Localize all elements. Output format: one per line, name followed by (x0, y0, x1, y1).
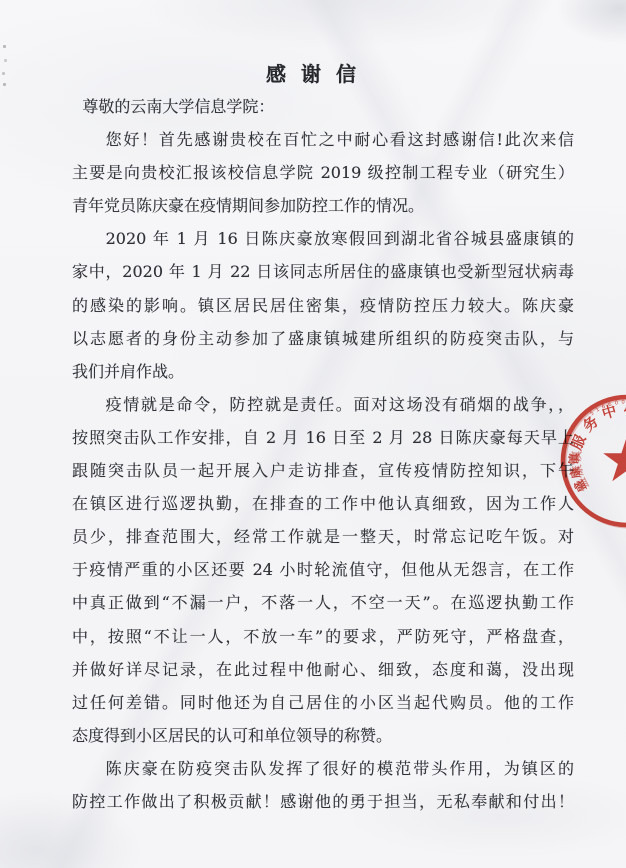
letter-line: 家中，2020 年 1 月 22 日该同志所居住的盛康镇也受新型冠状病毒 (72, 255, 574, 288)
letter-line: 中真正做到“不漏一户，不落一人，不空一天”。在巡逻执勤工作 (72, 586, 574, 619)
letter-line: 陈庆豪在防疫突击队发挥了很好的模范带头作用，为镇区的 (72, 752, 574, 785)
seal-star-icon (603, 436, 626, 481)
letter-line: 过任何差错。同时他还为自己居住的小区当起代购员。他的工作 (72, 686, 574, 719)
letter-line: 主要是向贵校汇报该校信息学院 2019 级控制工程专业（研究生） (72, 156, 574, 189)
letter-line: 您好！首先感谢贵校在百忙之中耐心看这封感谢信!此次来信 (72, 123, 574, 156)
letter-line: 我们并肩作战。 (72, 355, 574, 388)
letter-line: 疫情就是命令，防控就是责任。面对这场没有硝烟的战争，， (72, 388, 574, 421)
letter-line: 员少，排查范围大，经常工作就是一整天，时常忘记吃午饭。对 (72, 520, 574, 553)
scanned-letter-page: 感 谢 信 尊敬的云南大学信息学院：您好！首先感谢贵校在百忙之中耐心看这封感谢信… (0, 0, 626, 868)
letter-line: 以志愿者的身份主动参加了盛康镇城建所组织的防疫突击队，与 (72, 322, 574, 355)
letter-line: 按照突击队工作安排，自 2 月 16 日至 2 月 28 日陈庆豪每天早上 (72, 421, 574, 454)
letter-body: 尊敬的云南大学信息学院：您好！首先感谢贵校在百忙之中耐心看这封感谢信!此次来信主… (72, 90, 574, 818)
letter-line: 防控工作做出了积极贡献！感谢他的勇于担当，无私奉献和付出！ (72, 785, 574, 818)
letter-salutation: 尊敬的云南大学信息学院： (72, 90, 574, 123)
letter-line: 在镇区进行巡逻执勤，在排查的工作中他认真细致，因为工作人 (72, 487, 574, 520)
letter-line: 的感染的影响。镇区居民居住密集，疫情防控压力较大。陈庆豪 (72, 289, 574, 322)
letter-title: 感 谢 信 (0, 58, 626, 87)
letter-line: 青年党员陈庆豪在疫情期间参加防控工作的情况。 (72, 189, 574, 222)
letter-line: 态度得到小区居民的认可和单位领导的称赞。 (72, 719, 574, 752)
letter-line: 于疫情严重的小区还要 24 小时轮流值守，但他从无怨言，在工作 (72, 553, 574, 586)
letter-line: 跟随突击队员一起开展入户走访排查，宣传疫情防控知识，下午 (72, 454, 574, 487)
scan-artifact-speck (3, 45, 6, 48)
letter-line: 2020 年 1 月 16 日陈庆豪放寒假回到湖北省谷城县盛康镇的 (72, 222, 574, 255)
letter-line: 并做好详尽记录，在此过程中他耐心、细致，态度和蔼，没出现 (72, 653, 574, 686)
official-seal-stamp: 服务中心 盛康镇 盛康镇 5166003316 (552, 386, 626, 536)
letter-line: 中，按照“不让一人，不放一车”的要求，严防死守，严格盘查， (72, 620, 574, 653)
